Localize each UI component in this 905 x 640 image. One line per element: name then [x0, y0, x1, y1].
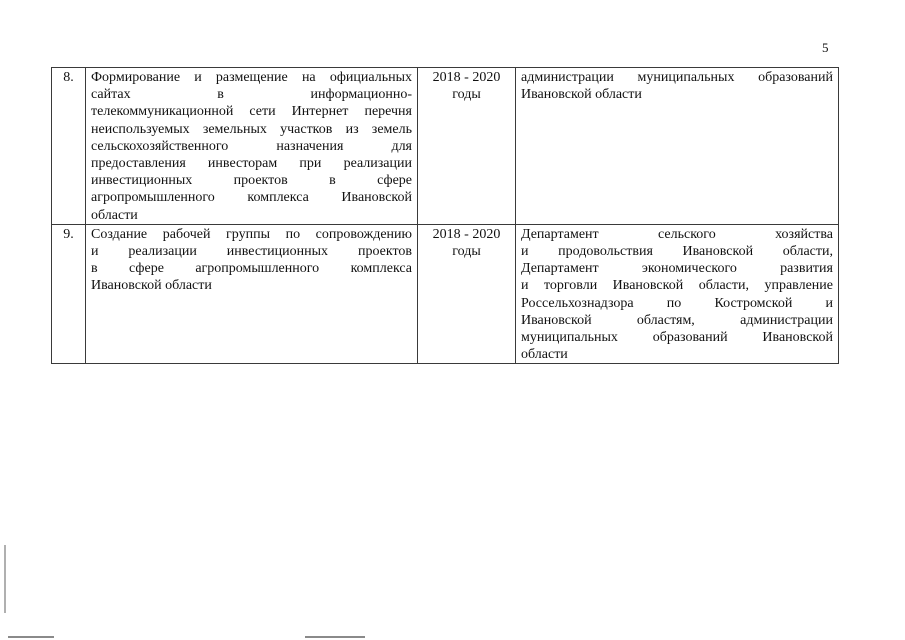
scan-artifact-bottom-left: [8, 636, 54, 638]
text-line: инвестиционных проектов в сфере: [91, 172, 412, 189]
text-line: и реализации инвестиционных проектов: [91, 243, 412, 260]
text-line: Департамент сельского хозяйства: [521, 226, 833, 243]
text-line: Ивановской областям, администрации: [521, 312, 833, 329]
text-line: Ивановской области: [521, 86, 833, 103]
row-number: 8.: [52, 68, 86, 225]
text-line: неиспользуемых земельных участков из зем…: [91, 121, 412, 138]
text-line: администрации муниципальных образований: [521, 69, 833, 86]
term-years: 2018 - 2020: [423, 226, 510, 243]
text-line: Формирование и размещение на официальных: [91, 69, 412, 86]
text-line: предоставления инвесторам при реализации: [91, 155, 412, 172]
text-line: сельскохозяйственного назначения для: [91, 138, 412, 155]
activities-table: 8. Формирование и размещение на официаль…: [51, 67, 839, 364]
responsible-party: администрации муниципальных образований …: [516, 68, 839, 225]
activity-term: 2018 - 2020 годы: [418, 224, 516, 364]
text-line: и продовольствия Ивановской области,: [521, 243, 833, 260]
activity-term: 2018 - 2020 годы: [418, 68, 516, 225]
text-line: области: [521, 346, 833, 363]
scan-artifact-left-edge: [4, 545, 6, 613]
term-unit: годы: [423, 243, 510, 260]
text-line: в сфере агропромышленного комплекса: [91, 260, 412, 277]
text-line: Департамент экономического развития: [521, 260, 833, 277]
scan-artifact-bottom-middle: [305, 636, 365, 638]
text-line: телекоммуникационной сети Интернет переч…: [91, 103, 412, 120]
table-row: 9. Создание рабочей группы по сопровожде…: [52, 224, 839, 364]
page-number: 5: [822, 40, 829, 55]
text-line: и торговли Ивановской области, управлени…: [521, 277, 833, 294]
term-unit: годы: [423, 86, 510, 103]
term-years: 2018 - 2020: [423, 69, 510, 86]
table-row: 8. Формирование и размещение на официаль…: [52, 68, 839, 225]
text-line: Создание рабочей группы по сопровождению: [91, 226, 412, 243]
text-line: Россельхознадзора по Костромской и: [521, 295, 833, 312]
responsible-party: Департамент сельского хозяйства и продов…: [516, 224, 839, 364]
text-line: области: [91, 207, 412, 224]
text-line: агропромышленного комплекса Ивановской: [91, 189, 412, 206]
text-line: Ивановской области: [91, 277, 412, 294]
activity-description: Создание рабочей группы по сопровождению…: [86, 224, 418, 364]
row-number: 9.: [52, 224, 86, 364]
text-line: сайтах в информационно-: [91, 86, 412, 103]
activity-description: Формирование и размещение на официальных…: [86, 68, 418, 225]
text-line: муниципальных образований Ивановской: [521, 329, 833, 346]
